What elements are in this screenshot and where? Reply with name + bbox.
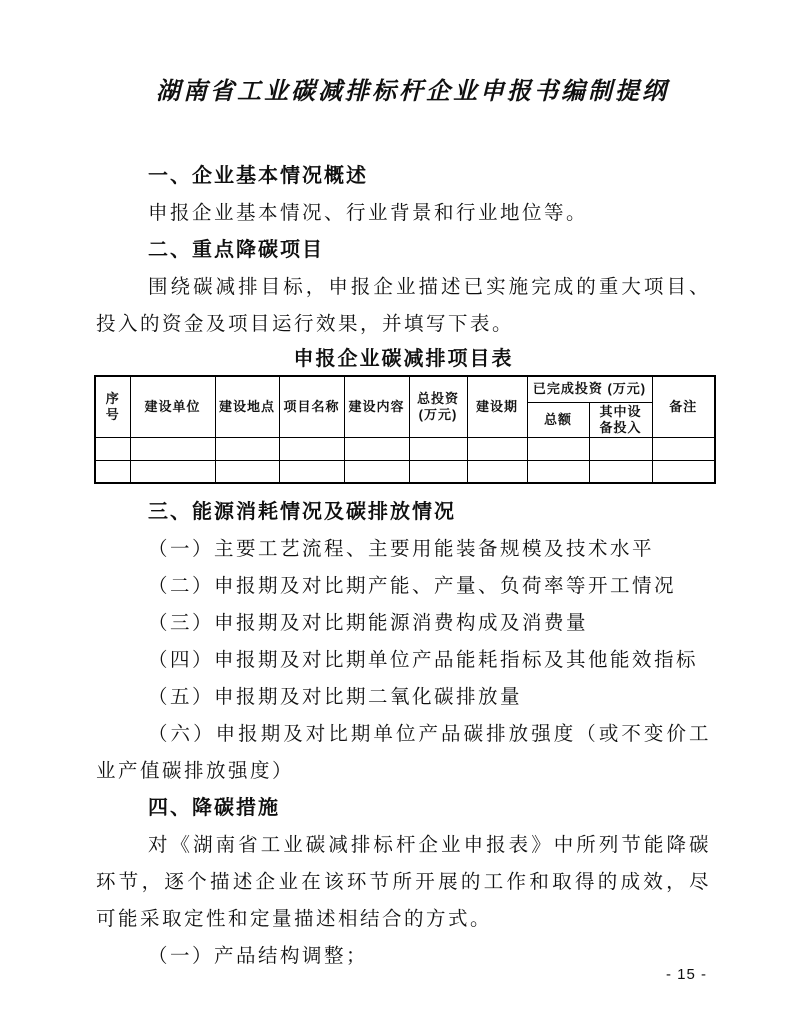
col-header-completed-total: 总额 xyxy=(527,402,589,437)
table-empty-cell xyxy=(279,460,344,483)
table-empty-row xyxy=(95,460,715,483)
col-header-content: 建设内容 xyxy=(344,376,409,437)
section4-heading: 四、降碳措施 xyxy=(96,790,711,827)
table-empty-cell xyxy=(527,460,589,483)
col-header-location: 建设地点 xyxy=(215,376,279,437)
col-header-seq: 序号 xyxy=(95,376,130,437)
table-empty-cell xyxy=(344,460,409,483)
table-empty-cell xyxy=(652,460,715,483)
section1-heading: 一、企业基本情况概述 xyxy=(96,158,711,195)
table-empty-cell xyxy=(467,460,527,483)
table-empty-cell xyxy=(344,437,409,460)
section3-heading: 三、能源消耗情况及碳排放情况 xyxy=(96,494,711,531)
project-table-title: 申报企业碳减排项目表 xyxy=(96,347,711,372)
page-number: - 15 - xyxy=(666,966,707,983)
col-header-remarks: 备注 xyxy=(652,376,715,437)
table-empty-cell xyxy=(409,460,467,483)
document-content: 湖南省工业碳减排标杆企业申报书编制提纲 一、企业基本情况概述 申报企业基本情况、… xyxy=(0,0,791,975)
col-header-total-investment: 总投资 (万元) xyxy=(409,376,467,437)
col-header-completed-equipment: 其中设备投入 xyxy=(589,402,652,437)
table-empty-cell xyxy=(95,460,130,483)
col-header-unit: 建设单位 xyxy=(130,376,215,437)
section1-paragraph: 申报企业基本情况、行业背景和行业地位等。 xyxy=(96,195,711,232)
table-empty-cell xyxy=(409,437,467,460)
table-empty-row xyxy=(95,437,715,460)
col-header-period: 建设期 xyxy=(467,376,527,437)
section4-item-1: （一）产品结构调整； xyxy=(96,938,711,975)
table-empty-cell xyxy=(527,437,589,460)
section3-item-5: （五）申报期及对比期二氧化碳排放量 xyxy=(96,679,711,716)
table-empty-cell xyxy=(279,437,344,460)
document-title: 湖南省工业碳减排标杆企业申报书编制提纲 xyxy=(96,72,711,110)
table-empty-cell xyxy=(130,437,215,460)
section2-paragraph: 围绕碳减排目标，申报企业描述已实施完成的重大项目、投入的资金及项目运行效果，并填… xyxy=(96,269,711,343)
col-header-completed-investment: 已完成投资 (万元) xyxy=(527,376,652,402)
document-page: 湖南省工业碳减排标杆企业申报书编制提纲 一、企业基本情况概述 申报企业基本情况、… xyxy=(0,0,791,1030)
table-empty-cell xyxy=(95,437,130,460)
section3-item-3: （三）申报期及对比期能源消费构成及消费量 xyxy=(96,605,711,642)
section3-item-2: （二）申报期及对比期产能、产量、负荷率等开工情况 xyxy=(96,568,711,605)
table-empty-cell xyxy=(215,460,279,483)
col-header-project-name: 项目名称 xyxy=(279,376,344,437)
table-empty-cell xyxy=(589,437,652,460)
section4-paragraph: 对《湖南省工业碳减排标杆企业申报表》中所列节能降碳环节，逐个描述企业在该环节所开… xyxy=(96,827,711,938)
section3-item-6: （六）申报期及对比期单位产品碳排放强度（或不变价工业产值碳排放强度） xyxy=(96,716,711,790)
section3-item-4: （四）申报期及对比期单位产品能耗指标及其他能效指标 xyxy=(96,642,711,679)
section2-heading: 二、重点降碳项目 xyxy=(96,232,711,269)
table-empty-cell xyxy=(589,460,652,483)
project-table: 序号 建设单位 建设地点 项目名称 建设内容 总投资 (万元) 建设期 已完成投… xyxy=(94,375,716,484)
table-empty-cell xyxy=(467,437,527,460)
table-empty-cell xyxy=(215,437,279,460)
section3-item-1: （一）主要工艺流程、主要用能装备规模及技术水平 xyxy=(96,531,711,568)
table-empty-cell xyxy=(130,460,215,483)
table-empty-cell xyxy=(652,437,715,460)
